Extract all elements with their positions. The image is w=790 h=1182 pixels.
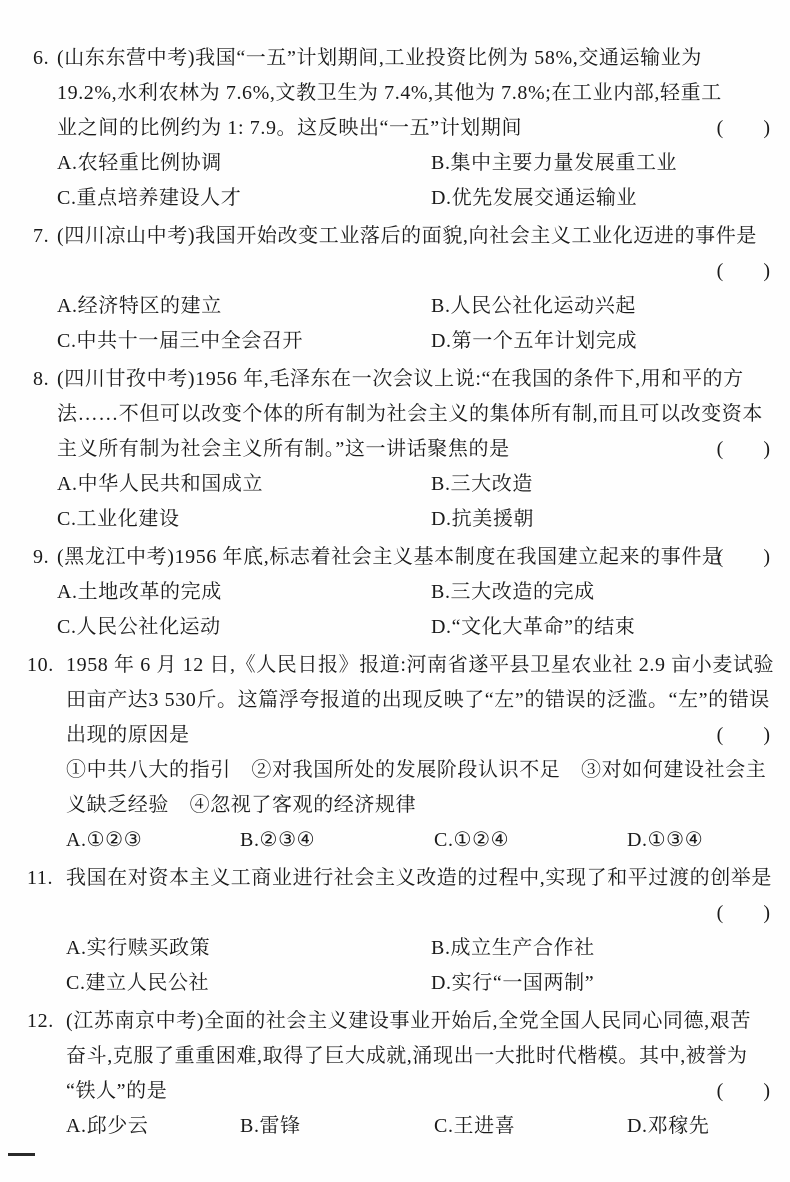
option-d: D.优先发展交通运输业 xyxy=(431,181,637,216)
stem-text: “铁人”的是 xyxy=(66,1080,167,1102)
question-list: 6.(山东东营中考)我国“一五”计划期间,工业投资比例为 58%,交通运输业为1… xyxy=(0,41,790,1144)
question-stem-line: 10.1958 年 6 月 12 日,《人民日报》报道:河南省遂平县卫星农业社 … xyxy=(0,648,790,683)
options-row: A.①②③B.②③④C.①②④D.①③④ xyxy=(0,823,790,858)
answer-bracket: ( ) xyxy=(717,1074,770,1109)
options-row: C.中共十一届三中全会召开D.第一个五年计划完成 xyxy=(0,324,790,359)
question-number: 6. xyxy=(33,41,57,76)
option-c: C.人民公社化运动 xyxy=(57,610,431,645)
option-b: B.三大改造 xyxy=(431,467,533,502)
option-b: B.集中主要力量发展重工业 xyxy=(431,146,677,181)
question-block: 8.(四川甘孜中考)1956 年,毛泽东在一次会议上说:“在我国的条件下,用和平… xyxy=(0,362,790,537)
options-row: C.建立人民公社D.实行“一国两制” xyxy=(0,966,790,1001)
option-a: A.邱少云 xyxy=(66,1109,240,1144)
option-d: D.“文化大革命”的结束 xyxy=(431,610,635,645)
option-c: C.工业化建设 xyxy=(57,502,431,537)
answer-bracket: ( ) xyxy=(717,718,770,753)
options-row: A.农轻重比例协调B.集中主要力量发展重工业 xyxy=(0,146,790,181)
question-stem-line: 出现的原因是( ) xyxy=(0,718,790,753)
stem-text: (黑龙江中考)1956 年底,标志着社会主义基本制度在我国建立起来的事件是 xyxy=(57,546,723,568)
option-d: D.①③④ xyxy=(627,823,703,858)
option-a: A.①②③ xyxy=(66,823,240,858)
option-b: B.成立生产合作社 xyxy=(431,931,595,966)
question-block: 12.(江苏南京中考)全面的社会主义建设事业开始后,全党全国人民同心同德,艰苦奋… xyxy=(0,1004,790,1144)
stem-text: 奋斗,克服了重重困难,取得了巨大成就,涌现出一大批时代楷模。其中,被誉为 xyxy=(66,1045,748,1067)
question-stem-line: 6.(山东东营中考)我国“一五”计划期间,工业投资比例为 58%,交通运输业为 xyxy=(0,41,790,76)
options-row: C.工业化建设D.抗美援朝 xyxy=(0,502,790,537)
question-stem-line: 8.(四川甘孜中考)1956 年,毛泽东在一次会议上说:“在我国的条件下,用和平… xyxy=(0,362,790,397)
option-d: D.邓稼先 xyxy=(627,1109,709,1144)
option-a: A.经济特区的建立 xyxy=(57,289,431,324)
answer-bracket: ( ) xyxy=(717,111,770,146)
answer-bracket-line: ( ) xyxy=(0,254,790,289)
question-stem-line: 9.(黑龙江中考)1956 年底,标志着社会主义基本制度在我国建立起来的事件是(… xyxy=(0,540,790,575)
option-d: D.第一个五年计划完成 xyxy=(431,324,637,359)
stem-text: 出现的原因是 xyxy=(66,724,190,746)
question-stem-line: 主义所有制为社会主义所有制。”这一讲话聚焦的是( ) xyxy=(0,432,790,467)
options-row: C.重点培养建设人才D.优先发展交通运输业 xyxy=(0,181,790,216)
question-number: 8. xyxy=(33,362,57,397)
answer-bracket: ( ) xyxy=(717,432,770,467)
options-row: C.人民公社化运动D.“文化大革命”的结束 xyxy=(0,610,790,645)
question-number: 11. xyxy=(27,861,66,896)
stem-text: 我国在对资本主义工商业进行社会主义改造的过程中,实现了和平过渡的创举是 xyxy=(66,867,772,889)
option-c: C.中共十一届三中全会召开 xyxy=(57,324,431,359)
option-b: B.三大改造的完成 xyxy=(431,575,595,610)
stem-text: 主义所有制为社会主义所有制。”这一讲话聚焦的是 xyxy=(57,438,510,460)
stem-text: 业之间的比例约为 1: 7.9。这反映出“一五”计划期间 xyxy=(57,117,522,139)
option-c: C.王进喜 xyxy=(434,1109,627,1144)
options-row: A.邱少云B.雷锋C.王进喜D.邓稼先 xyxy=(0,1109,790,1144)
question-stem-line: “铁人”的是( ) xyxy=(0,1074,790,1109)
option-b: B.②③④ xyxy=(240,823,434,858)
option-c: C.重点培养建设人才 xyxy=(57,181,431,216)
option-d: D.抗美援朝 xyxy=(431,502,534,537)
option-b: B.雷锋 xyxy=(240,1109,434,1144)
numbered-statement-line: ①中共八大的指引 ②对我国所处的发展阶段认识不足 ③对如何建设社会主 xyxy=(0,753,790,788)
answer-bracket: ( ) xyxy=(717,540,770,575)
options-row: A.中华人民共和国成立B.三大改造 xyxy=(0,467,790,502)
question-stem-line: 19.2%,水利农林为 7.6%,文教卫生为 7.4%,其他为 7.8%;在工业… xyxy=(0,76,790,111)
question-stem-line: 业之间的比例约为 1: 7.9。这反映出“一五”计划期间( ) xyxy=(0,111,790,146)
exam-page: 6.(山东东营中考)我国“一五”计划期间,工业投资比例为 58%,交通运输业为1… xyxy=(0,0,790,1182)
stem-text: 法……不但可以改变个体的所有制为社会主义的集体所有制,而且可以改变资本 xyxy=(57,403,763,425)
option-a: A.土地改革的完成 xyxy=(57,575,431,610)
stem-text: (山东东营中考)我国“一五”计划期间,工业投资比例为 58%,交通运输业为 xyxy=(57,47,702,69)
option-a: A.中华人民共和国成立 xyxy=(57,467,431,502)
answer-bracket: ( ) xyxy=(717,896,770,931)
option-b: B.人民公社化运动兴起 xyxy=(431,289,636,324)
question-stem-line: 7.(四川凉山中考)我国开始改变工业落后的面貌,向社会主义工业化迈进的事件是 xyxy=(0,219,790,254)
options-row: A.经济特区的建立B.人民公社化运动兴起 xyxy=(0,289,790,324)
question-number: 9. xyxy=(33,540,57,575)
question-stem-line: 法……不但可以改变个体的所有制为社会主义的集体所有制,而且可以改变资本 xyxy=(0,397,790,432)
question-block: 9.(黑龙江中考)1956 年底,标志着社会主义基本制度在我国建立起来的事件是(… xyxy=(0,540,790,645)
question-number: 7. xyxy=(33,219,57,254)
stem-text: 田亩产达3 530斤。这篇浮夸报道的出现反映了“左”的错误的泛滥。“左”的错误 xyxy=(66,689,770,711)
numbered-statement-line: 义缺乏经验 ④忽视了客观的经济规律 xyxy=(0,788,790,823)
stem-text: (四川凉山中考)我国开始改变工业落后的面貌,向社会主义工业化迈进的事件是 xyxy=(57,225,757,247)
question-stem-line: 11.我国在对资本主义工商业进行社会主义改造的过程中,实现了和平过渡的创举是 xyxy=(0,861,790,896)
answer-bracket-line: ( ) xyxy=(0,896,790,931)
option-d: D.实行“一国两制” xyxy=(431,966,594,1001)
question-stem-line: 田亩产达3 530斤。这篇浮夸报道的出现反映了“左”的错误的泛滥。“左”的错误 xyxy=(0,683,790,718)
question-block: 7.(四川凉山中考)我国开始改变工业落后的面貌,向社会主义工业化迈进的事件是( … xyxy=(0,219,790,359)
question-block: 10.1958 年 6 月 12 日,《人民日报》报道:河南省遂平县卫星农业社 … xyxy=(0,648,790,858)
stem-text: (江苏南京中考)全面的社会主义建设事业开始后,全党全国人民同心同德,艰苦 xyxy=(66,1010,751,1032)
options-row: A.实行赎买政策B.成立生产合作社 xyxy=(0,931,790,966)
option-a: A.实行赎买政策 xyxy=(66,931,431,966)
stem-text: 19.2%,水利农林为 7.6%,文教卫生为 7.4%,其他为 7.8%;在工业… xyxy=(57,82,722,104)
question-stem-line: 12.(江苏南京中考)全面的社会主义建设事业开始后,全党全国人民同心同德,艰苦 xyxy=(0,1004,790,1039)
stem-text: 1958 年 6 月 12 日,《人民日报》报道:河南省遂平县卫星农业社 2.9… xyxy=(66,654,774,676)
options-row: A.土地改革的完成B.三大改造的完成 xyxy=(0,575,790,610)
question-number: 10. xyxy=(27,648,66,683)
page-edge-mark xyxy=(8,1153,35,1156)
stem-text: (四川甘孜中考)1956 年,毛泽东在一次会议上说:“在我国的条件下,用和平的方 xyxy=(57,368,744,390)
option-c: C.①②④ xyxy=(434,823,627,858)
question-block: 6.(山东东营中考)我国“一五”计划期间,工业投资比例为 58%,交通运输业为1… xyxy=(0,41,790,216)
question-stem-line: 奋斗,克服了重重困难,取得了巨大成就,涌现出一大批时代楷模。其中,被誉为 xyxy=(0,1039,790,1074)
option-a: A.农轻重比例协调 xyxy=(57,146,431,181)
question-block: 11.我国在对资本主义工商业进行社会主义改造的过程中,实现了和平过渡的创举是( … xyxy=(0,861,790,1001)
question-number: 12. xyxy=(27,1004,66,1039)
option-c: C.建立人民公社 xyxy=(66,966,431,1001)
answer-bracket: ( ) xyxy=(717,254,770,289)
